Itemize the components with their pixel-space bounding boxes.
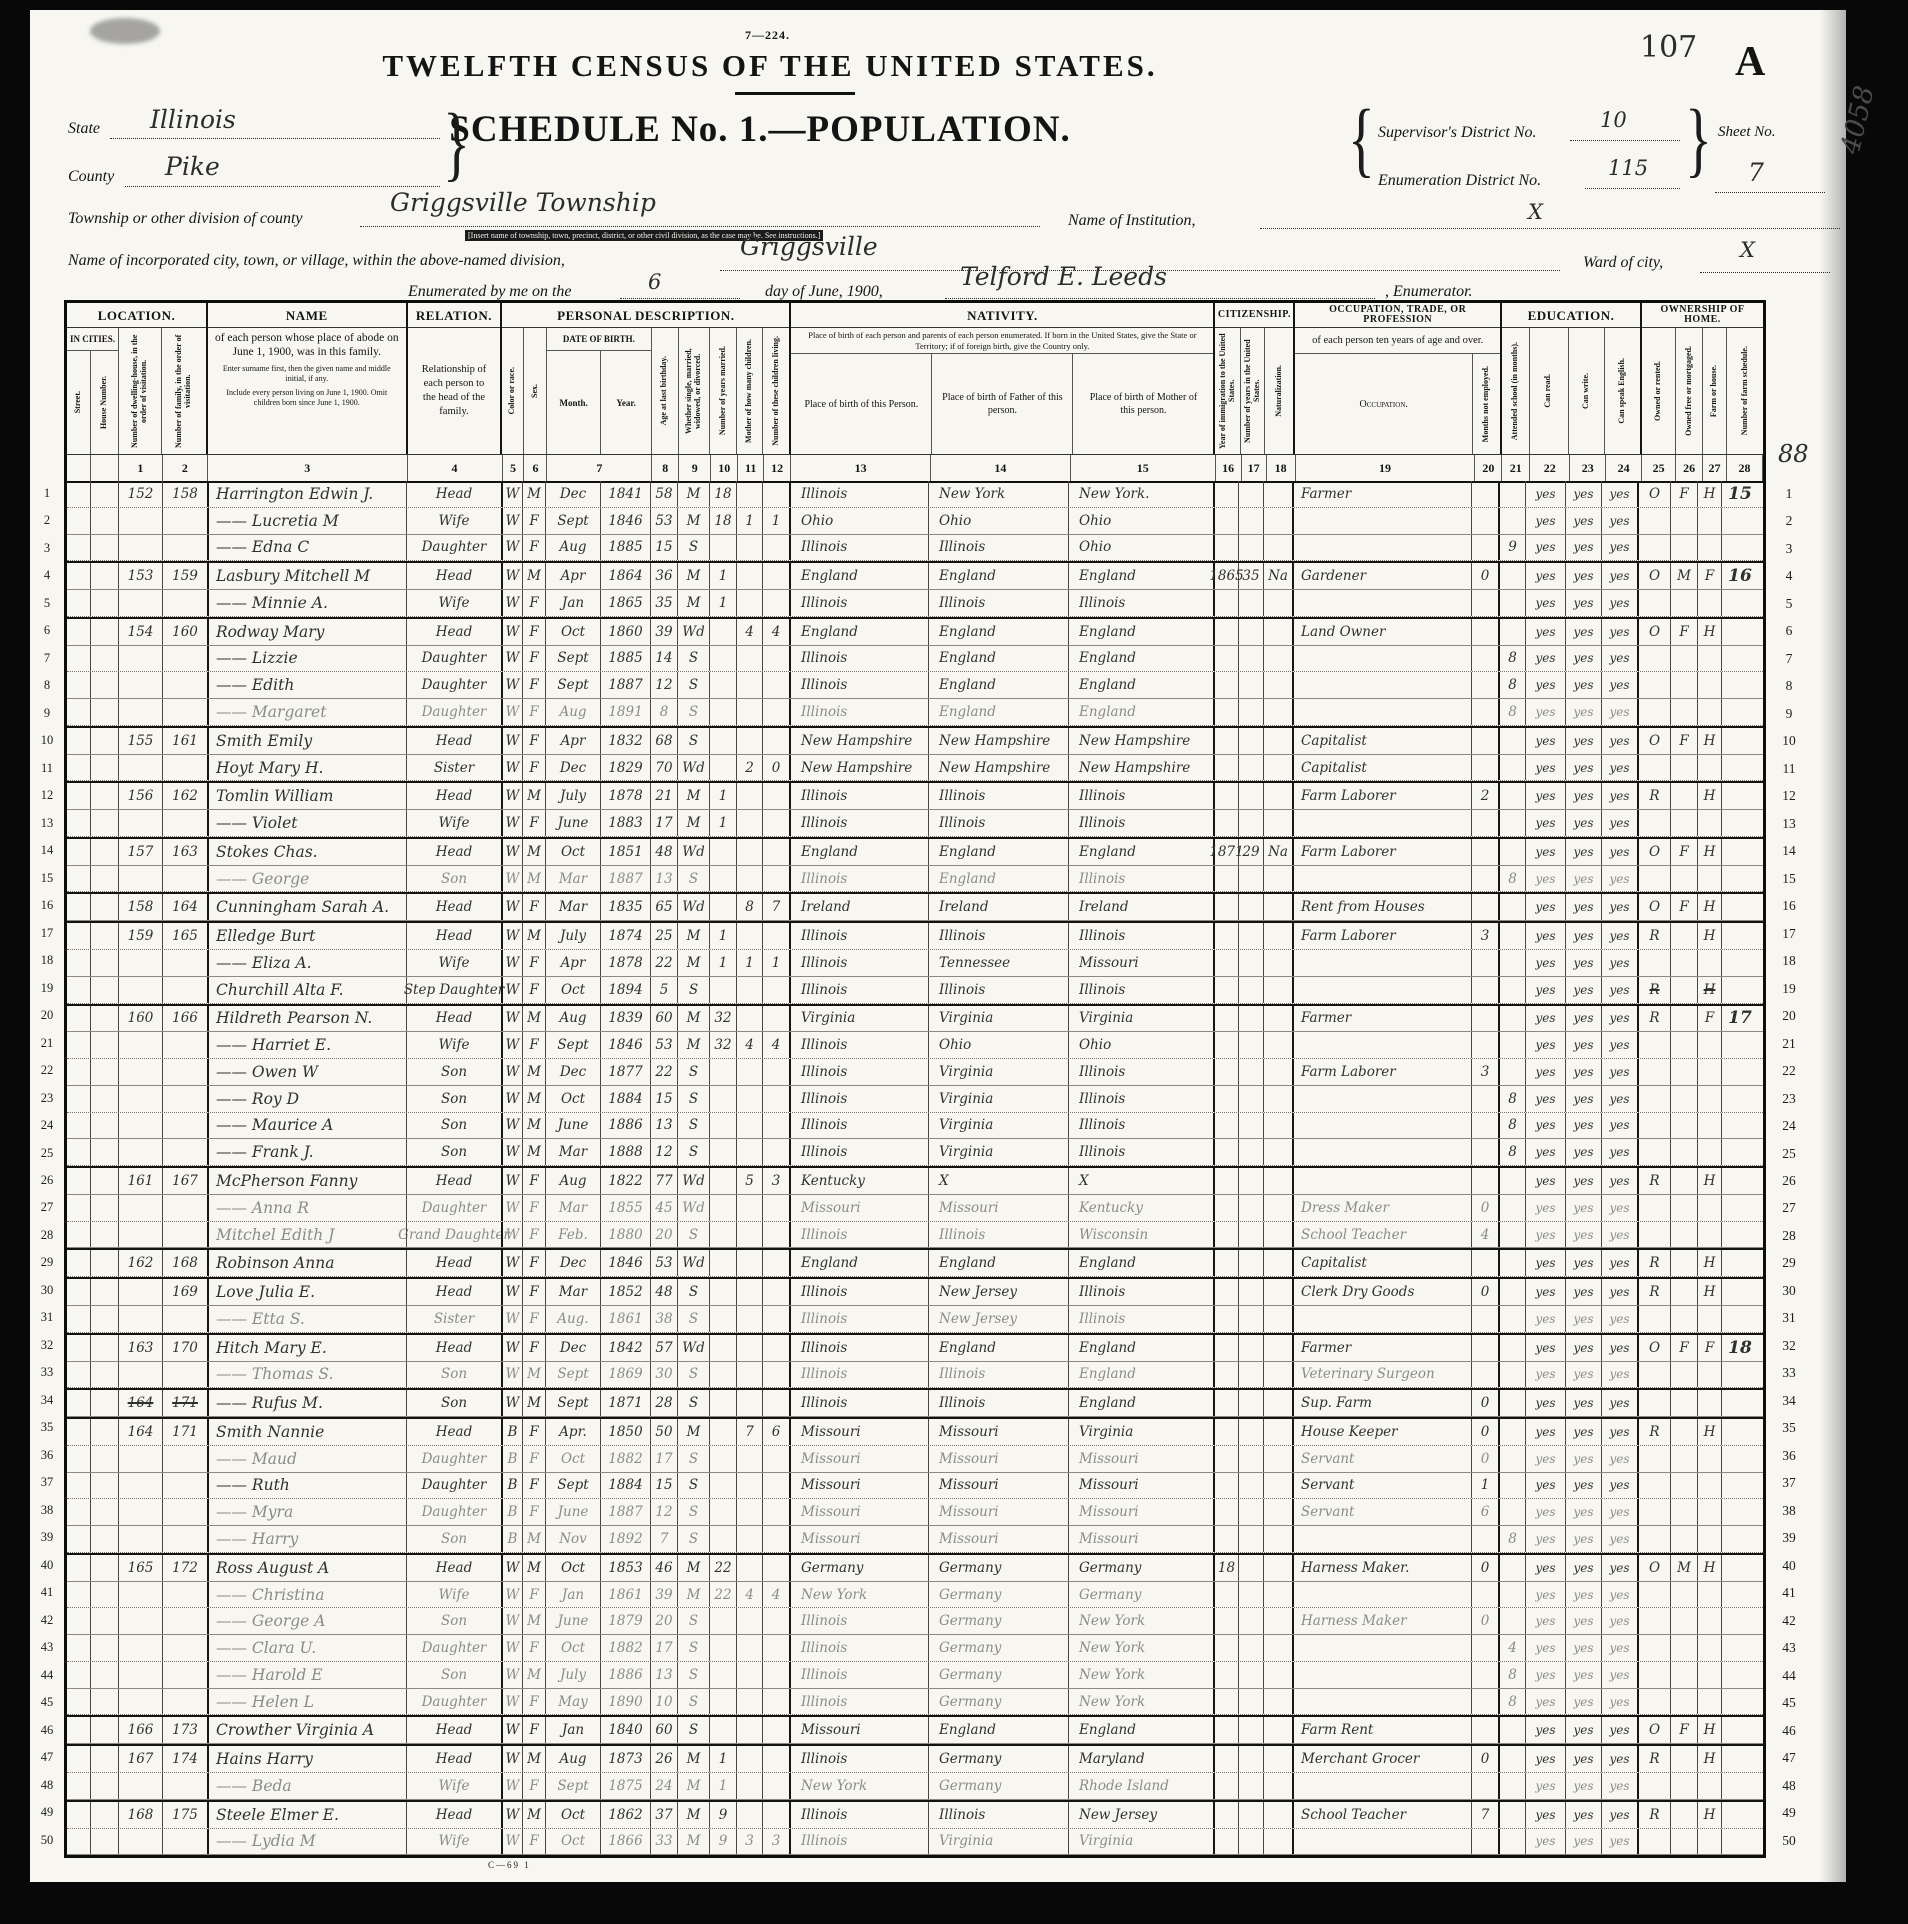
cell-color: W xyxy=(501,646,523,672)
cell-month: Mar xyxy=(546,1139,601,1165)
cell-mother_of xyxy=(737,1446,763,1472)
cell-living xyxy=(763,1059,790,1085)
cell-nat xyxy=(1264,1582,1293,1608)
cell-school xyxy=(1498,977,1526,1003)
cell-marital: S xyxy=(678,1222,710,1248)
cell-yrs_us xyxy=(1239,977,1264,1003)
cell-nat xyxy=(1264,1006,1293,1032)
cell-name: Rodway Mary xyxy=(207,619,407,645)
cell-marital: M xyxy=(678,810,710,836)
cell-year: 1841 xyxy=(601,481,651,507)
cell-sex: M xyxy=(523,1390,546,1416)
cell-dwelling: 152 xyxy=(119,481,163,507)
cell-pob_father: Tennessee xyxy=(929,950,1069,976)
row-number: 23 xyxy=(1774,1091,1804,1107)
cell-yrs_us xyxy=(1239,1279,1264,1305)
cell-yrs_married: 9 xyxy=(710,1829,737,1855)
cell-street xyxy=(67,728,91,754)
column-number-dwelling: 1 xyxy=(119,455,163,481)
cell-yrs_married xyxy=(710,646,737,672)
cell-dwelling: 157 xyxy=(119,839,163,865)
cell-nat xyxy=(1264,1662,1293,1688)
cell-mother_of xyxy=(737,590,763,616)
cell-marital: S xyxy=(678,535,710,561)
cell-month: Sept xyxy=(546,646,601,672)
cell-mother_of xyxy=(737,1113,763,1139)
cell-months_unemp xyxy=(1472,1335,1499,1361)
cell-yrs_married xyxy=(710,894,737,920)
cell-month: Aug xyxy=(546,1168,601,1194)
cell-sex: M xyxy=(523,866,546,892)
census-row: 164171Smith NannieHeadBFApr.185050M76Mis… xyxy=(67,1417,1763,1446)
cell-nat xyxy=(1264,810,1293,836)
census-row: —— BedaWifeWFSept187524M1New YorkGermany… xyxy=(67,1773,1763,1800)
cell-pob_mother: Germany xyxy=(1069,1555,1214,1581)
cell-house xyxy=(91,1608,119,1634)
cell-nat xyxy=(1264,535,1293,561)
cell-age: 20 xyxy=(651,1222,678,1248)
cell-nat xyxy=(1264,923,1293,949)
cell-marital: M xyxy=(678,1746,710,1772)
cell-relation: Head xyxy=(407,1555,502,1581)
township-underline xyxy=(360,226,1040,227)
cell-months_unemp: 0 xyxy=(1472,1746,1499,1772)
row-number: 16 xyxy=(1774,898,1804,914)
cell-year: 1885 xyxy=(601,535,651,561)
district-brace-open: { xyxy=(1348,92,1375,188)
cell-age: 13 xyxy=(651,1113,678,1139)
cell-family: 161 xyxy=(163,728,208,754)
cell-pob: Illinois xyxy=(789,1335,929,1361)
cell-mother_of: 4 xyxy=(737,619,763,645)
cell-pob_mother: England xyxy=(1069,1335,1214,1361)
cell-marital: S xyxy=(678,1390,710,1416)
cell-write: yes xyxy=(1566,1006,1602,1032)
enumerator-name-value: Telford E. Leeds xyxy=(960,262,1167,291)
cell-marital: S xyxy=(678,977,710,1003)
cell-living xyxy=(763,1195,790,1221)
row-number: 30 xyxy=(1774,1283,1804,1299)
cell-write: yes xyxy=(1566,1279,1602,1305)
cell-living xyxy=(763,699,790,725)
cell-pob: England xyxy=(789,563,929,589)
cell-imm_year xyxy=(1213,923,1239,949)
cell-imm_year xyxy=(1213,1446,1239,1472)
cell-read: yes xyxy=(1526,1419,1566,1445)
census-row: —— LizzieDaughterWFSept188514SIllinoisEn… xyxy=(67,646,1763,673)
census-row: Mitchel Edith JGrand DaughterWFFeb.18802… xyxy=(67,1222,1763,1249)
cell-pob_father: X xyxy=(929,1168,1069,1194)
cell-month: Mar xyxy=(546,1279,601,1305)
cell-age: 21 xyxy=(651,783,678,809)
cell-yrs_married: 1 xyxy=(710,783,737,809)
cell-farm_sched xyxy=(1722,1582,1758,1608)
cell-dwelling: 158 xyxy=(119,894,163,920)
cell-family xyxy=(163,1608,208,1634)
cell-mother_of xyxy=(737,1250,763,1276)
cell-owned xyxy=(1637,535,1671,561)
cell-living: 4 xyxy=(763,619,790,645)
cell-color: W xyxy=(501,810,523,836)
cell-english: yes xyxy=(1602,646,1638,672)
cell-english: yes xyxy=(1602,728,1638,754)
cell-read: yes xyxy=(1526,1608,1566,1634)
cell-color: B xyxy=(501,1526,523,1552)
cell-name: Crowther Virginia A xyxy=(207,1717,407,1743)
cell-owned: O xyxy=(1637,1335,1671,1361)
cell-english: yes xyxy=(1602,950,1638,976)
cell-farm_house xyxy=(1698,1306,1722,1332)
cell-yrs_us xyxy=(1239,1499,1264,1525)
column-number-color: 5 xyxy=(503,455,525,481)
cell-relation: Daughter xyxy=(407,672,502,698)
cell-free_mort xyxy=(1671,1499,1698,1525)
cell-name: —— Violet xyxy=(207,810,407,836)
cell-street xyxy=(67,950,91,976)
cell-yrs_us xyxy=(1239,1689,1264,1715)
col-dwelling-label: Number of dwelling-house, in the order o… xyxy=(131,332,149,450)
cell-street xyxy=(67,619,91,645)
cell-imm_year xyxy=(1213,1362,1239,1388)
cell-occupation: Servant xyxy=(1292,1499,1472,1525)
cell-yrs_us xyxy=(1239,1390,1264,1416)
cell-house xyxy=(91,1222,119,1248)
cell-year: 1851 xyxy=(601,839,651,865)
census-row: —— MaudDaughterBFOct188217SMissouriMisso… xyxy=(67,1446,1763,1473)
cell-farm_house: H xyxy=(1698,1746,1722,1772)
cell-free_mort xyxy=(1671,977,1698,1003)
cell-sex: F xyxy=(523,672,546,698)
cell-year: 1860 xyxy=(601,619,651,645)
cell-street xyxy=(67,1222,91,1248)
cell-occupation xyxy=(1292,1113,1472,1139)
cell-relation: Head xyxy=(407,619,502,645)
cell-yrs_us xyxy=(1239,1086,1264,1112)
cell-age: 33 xyxy=(651,1829,678,1855)
cell-pob: Illinois xyxy=(789,1279,929,1305)
row-number: 47 xyxy=(32,1750,62,1765)
cell-english: yes xyxy=(1602,1446,1638,1472)
cell-street xyxy=(67,1086,91,1112)
column-number-row: 1234567891011121314151617181920212223242… xyxy=(67,454,1763,481)
cell-color: B xyxy=(501,1446,523,1472)
cell-occupation: House Keeper xyxy=(1292,1419,1472,1445)
cell-owned: R xyxy=(1637,1168,1671,1194)
cell-school: 8 xyxy=(1498,672,1526,698)
cell-pob_father: Ohio xyxy=(929,508,1069,534)
cell-read: yes xyxy=(1526,755,1566,781)
cell-color: W xyxy=(501,1746,523,1772)
cell-family xyxy=(163,1773,208,1799)
cell-mother_of xyxy=(737,1555,763,1581)
cell-english: yes xyxy=(1602,923,1638,949)
cell-pob_mother: England xyxy=(1069,839,1214,865)
state-label: State xyxy=(68,120,100,138)
cell-month: Sept xyxy=(546,1390,601,1416)
cell-house xyxy=(91,1473,119,1499)
row-number: 19 xyxy=(32,981,62,996)
cell-dwelling xyxy=(119,699,163,725)
cell-mother_of xyxy=(737,1059,763,1085)
cell-farm_house xyxy=(1698,1113,1722,1139)
cell-relation: Wife xyxy=(407,1582,502,1608)
cell-school xyxy=(1498,950,1526,976)
cell-nat xyxy=(1264,1555,1293,1581)
cell-owned xyxy=(1637,1473,1671,1499)
plate-footer-mark: C—69 1 xyxy=(488,1860,531,1870)
cell-mother_of: 5 xyxy=(737,1168,763,1194)
cell-pob: England xyxy=(789,619,929,645)
cell-name: Smith Nannie xyxy=(207,1419,407,1445)
cell-name: Lasbury Mitchell M xyxy=(207,563,407,589)
cell-pob_mother: New York xyxy=(1069,1608,1214,1634)
cell-sex: M xyxy=(523,481,546,507)
cell-write: yes xyxy=(1566,1419,1602,1445)
row-number: 7 xyxy=(32,651,62,666)
cell-pob: Illinois xyxy=(789,923,929,949)
cell-family: 166 xyxy=(163,1006,208,1032)
cell-pob_mother: Rhode Island xyxy=(1069,1773,1214,1799)
cell-english: yes xyxy=(1602,1195,1638,1221)
cell-age: 39 xyxy=(651,619,678,645)
cell-occupation: School Teacher xyxy=(1292,1802,1472,1828)
sheet-no-label: Sheet No. xyxy=(1718,124,1776,141)
cell-house xyxy=(91,535,119,561)
cell-owned: O xyxy=(1637,894,1671,920)
row-number: 25 xyxy=(1774,1146,1804,1162)
cell-street xyxy=(67,672,91,698)
cell-name: Ross August A xyxy=(207,1555,407,1581)
cell-dwelling xyxy=(119,1279,163,1305)
cell-year: 1885 xyxy=(601,646,651,672)
cell-farm_sched xyxy=(1722,1419,1758,1445)
cell-owned xyxy=(1637,1689,1671,1715)
cell-pob_mother: Illinois xyxy=(1069,866,1214,892)
cell-sex: M xyxy=(523,1746,546,1772)
cell-pob: Illinois xyxy=(789,1086,929,1112)
cell-mother_of xyxy=(737,1390,763,1416)
cell-pob_mother: X xyxy=(1069,1168,1214,1194)
cell-school: 9 xyxy=(1498,535,1526,561)
cell-occupation: Farm Laborer xyxy=(1292,1059,1472,1085)
cell-year: 1887 xyxy=(601,1499,651,1525)
cell-write: yes xyxy=(1566,1499,1602,1525)
cell-color: W xyxy=(501,1608,523,1634)
cell-pob_mother: England xyxy=(1069,646,1214,672)
cell-english: yes xyxy=(1602,1006,1638,1032)
cell-color: W xyxy=(501,950,523,976)
cell-nat xyxy=(1264,1526,1293,1552)
cell-farm_house xyxy=(1698,1526,1722,1552)
cell-house xyxy=(91,1499,119,1525)
cell-month: Dec xyxy=(546,481,601,507)
cell-free_mort xyxy=(1671,783,1698,809)
cell-farm_house: F xyxy=(1698,1006,1722,1032)
cell-age: 13 xyxy=(651,866,678,892)
cell-living: 1 xyxy=(763,950,790,976)
cell-write: yes xyxy=(1566,810,1602,836)
cell-dwelling xyxy=(119,1829,163,1855)
ward-underline xyxy=(1700,272,1830,273)
cell-age: 25 xyxy=(651,923,678,949)
cell-farm_house xyxy=(1698,1032,1722,1058)
cell-street xyxy=(67,646,91,672)
cell-dwelling: 154 xyxy=(119,619,163,645)
cell-english: yes xyxy=(1602,1773,1638,1799)
col-marital-label: Whether single, married, widowed, or div… xyxy=(685,332,703,450)
cell-sex: F xyxy=(523,1446,546,1472)
cell-yrs_us xyxy=(1239,1006,1264,1032)
left-brace-decoration: } xyxy=(443,96,470,192)
cell-year: 1879 xyxy=(601,1608,651,1634)
cell-living xyxy=(763,1306,790,1332)
cell-yrs_married xyxy=(710,1222,737,1248)
row-number: 44 xyxy=(1774,1668,1804,1684)
cell-write: yes xyxy=(1566,1086,1602,1112)
cell-months_unemp xyxy=(1472,672,1499,698)
cell-street xyxy=(67,508,91,534)
cell-month: Feb. xyxy=(546,1222,601,1248)
column-number-write: 23 xyxy=(1570,455,1606,481)
cell-street xyxy=(67,894,91,920)
cell-farm_sched xyxy=(1722,1086,1758,1112)
cell-sex: F xyxy=(523,728,546,754)
cell-living xyxy=(763,1139,790,1165)
census-row: —— Harriet E.WifeWFSept184653M3244Illino… xyxy=(67,1032,1763,1059)
cell-house xyxy=(91,810,119,836)
cell-name: —— Anna R xyxy=(207,1195,407,1221)
col-years-us-label: Number of years in the United States. xyxy=(1244,332,1262,450)
township-label: Township or other division of county xyxy=(68,210,303,228)
cell-nat xyxy=(1264,1222,1293,1248)
cell-relation: Step Daughter xyxy=(407,977,502,1003)
cell-nat xyxy=(1264,1419,1293,1445)
cell-pob: Virginia xyxy=(789,1006,929,1032)
cell-age: 77 xyxy=(651,1168,678,1194)
cell-read: yes xyxy=(1526,1390,1566,1416)
row-number: 34 xyxy=(32,1393,62,1408)
cell-owned: O xyxy=(1637,728,1671,754)
cell-age: 70 xyxy=(651,755,678,781)
row-number: 20 xyxy=(32,1008,62,1023)
cell-marital: S xyxy=(678,1499,710,1525)
row-number: 21 xyxy=(32,1036,62,1051)
cell-house xyxy=(91,923,119,949)
cell-read: yes xyxy=(1526,1662,1566,1688)
cell-yrs_married xyxy=(710,1608,737,1634)
cell-occupation: Capitalist xyxy=(1292,755,1472,781)
col-immigration-label: Year of immigration to the United States… xyxy=(1219,332,1237,450)
county-label: County xyxy=(68,168,114,186)
cell-pob_mother: Illinois xyxy=(1069,810,1214,836)
cell-free_mort xyxy=(1671,810,1698,836)
cell-months_unemp: 0 xyxy=(1472,563,1499,589)
cell-yrs_us xyxy=(1239,894,1264,920)
cell-age: 5 xyxy=(651,977,678,1003)
cell-school: 8 xyxy=(1498,1139,1526,1165)
cell-farm_sched xyxy=(1722,1635,1758,1661)
cell-farm_sched xyxy=(1722,1829,1758,1855)
cell-farm_sched xyxy=(1722,1802,1758,1828)
row-number: 3 xyxy=(32,541,62,556)
cell-read: yes xyxy=(1526,1139,1566,1165)
cell-pob_father: Illinois xyxy=(929,1222,1069,1248)
cell-read: yes xyxy=(1526,1717,1566,1743)
cell-dwelling: 166 xyxy=(119,1717,163,1743)
cell-house xyxy=(91,728,119,754)
cell-pob_father: Germany xyxy=(929,1746,1069,1772)
cell-yrs_married xyxy=(710,1473,737,1499)
cell-mother_of xyxy=(737,839,763,865)
cell-farm_house xyxy=(1698,1139,1722,1165)
cell-farm_house xyxy=(1698,1499,1722,1525)
cell-pob_father: England xyxy=(929,672,1069,698)
row-number: 10 xyxy=(32,733,62,748)
cell-imm_year: 1865 xyxy=(1213,563,1239,589)
cell-nat xyxy=(1264,619,1293,645)
cell-living xyxy=(763,535,790,561)
cell-sex: F xyxy=(523,894,546,920)
cell-owned: R xyxy=(1637,783,1671,809)
cell-nat xyxy=(1264,508,1293,534)
cell-nat xyxy=(1264,1059,1293,1085)
cell-read: yes xyxy=(1526,1446,1566,1472)
cell-farm_sched xyxy=(1722,1473,1758,1499)
cell-living: 4 xyxy=(763,1032,790,1058)
cell-months_unemp xyxy=(1472,1306,1499,1332)
cell-name: —— Helen L xyxy=(207,1689,407,1715)
cell-relation: Son xyxy=(407,1113,502,1139)
cell-free_mort xyxy=(1671,1635,1698,1661)
cell-free_mort: F xyxy=(1671,839,1698,865)
cell-occupation xyxy=(1292,1306,1472,1332)
cell-write: yes xyxy=(1566,563,1602,589)
cell-imm_year xyxy=(1213,728,1239,754)
cell-year: 1884 xyxy=(601,1086,651,1112)
group-education: EDUCATION. Attended school (in months). … xyxy=(1502,303,1642,454)
cell-occupation: Servant xyxy=(1292,1446,1472,1472)
cell-school xyxy=(1498,1250,1526,1276)
cell-year: 1882 xyxy=(601,1635,651,1661)
cell-relation: Head xyxy=(407,1279,502,1305)
cell-read: yes xyxy=(1526,1250,1566,1276)
cell-living xyxy=(763,1689,790,1715)
cell-dwelling xyxy=(119,672,163,698)
cell-relation: Head xyxy=(407,1802,502,1828)
cell-pob: Illinois xyxy=(789,1689,929,1715)
cell-year: 1871 xyxy=(601,1390,651,1416)
column-number-owned: 25 xyxy=(1642,455,1676,481)
cell-yrs_us xyxy=(1239,1773,1264,1799)
cell-occupation xyxy=(1292,1829,1472,1855)
cell-month: Dec xyxy=(546,1250,601,1276)
city-label: Name of incorporated city, town, or vill… xyxy=(68,252,565,270)
cell-imm_year xyxy=(1213,1168,1239,1194)
cell-age: 12 xyxy=(651,1139,678,1165)
cell-color: W xyxy=(501,1829,523,1855)
cell-month: Oct xyxy=(546,1555,601,1581)
cell-yrs_married xyxy=(710,1689,737,1715)
cell-color: W xyxy=(501,1717,523,1743)
cell-owned: R xyxy=(1637,1006,1671,1032)
cell-months_unemp xyxy=(1472,1006,1499,1032)
cell-family: 159 xyxy=(163,563,208,589)
cell-yrs_married: 18 xyxy=(710,481,737,507)
column-number-name: 3 xyxy=(208,455,408,481)
cell-year: 1894 xyxy=(601,977,651,1003)
cell-mother_of xyxy=(737,699,763,725)
cell-yrs_married xyxy=(710,535,737,561)
